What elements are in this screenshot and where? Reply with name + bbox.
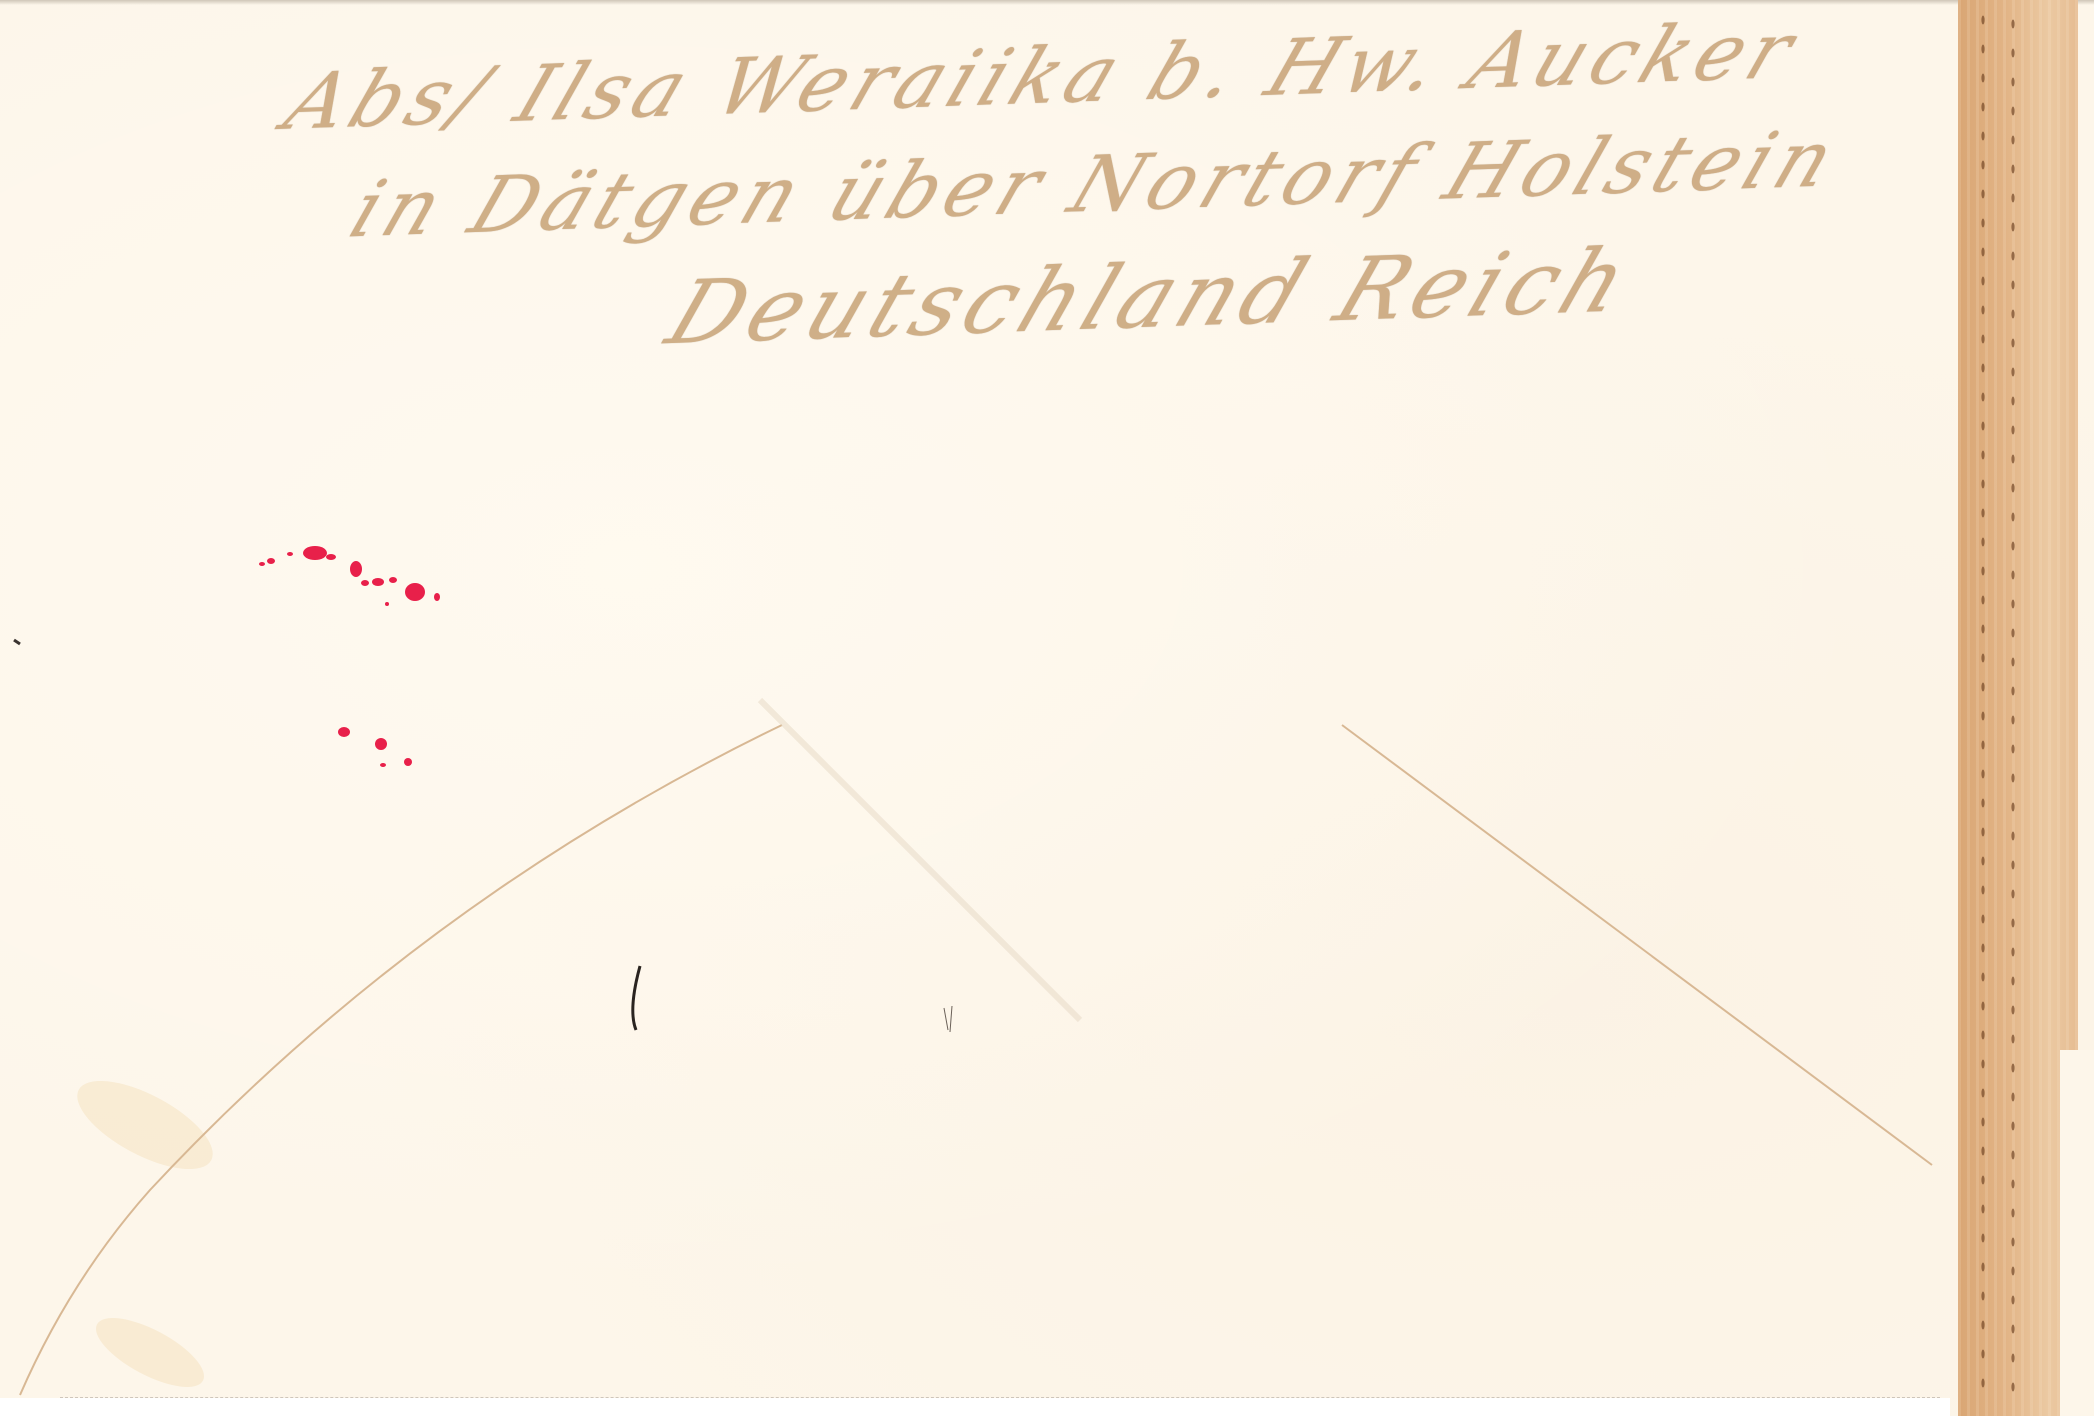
sender-address: Abs/ Ilsa Weraiika b. Hw. Aucker in Dätg… xyxy=(0,0,2094,400)
tape-frayed-edge xyxy=(2060,1050,2094,1416)
envelope-bottom-border xyxy=(60,1397,1940,1399)
left-flap-edge xyxy=(20,725,782,1395)
pen-mark xyxy=(14,640,20,644)
center-fold-shadow xyxy=(760,700,1080,1020)
right-flap-edge xyxy=(1342,725,1932,1165)
pen-mark xyxy=(633,966,640,1030)
sender-address-line-3: Deutschland Reich xyxy=(655,229,1648,365)
envelope-bottom-edge xyxy=(0,1398,1950,1416)
envelope-back: Abs/ Ilsa Weraiika b. Hw. Aucker in Dätg… xyxy=(0,0,2094,1416)
pen-mark xyxy=(944,1006,952,1032)
